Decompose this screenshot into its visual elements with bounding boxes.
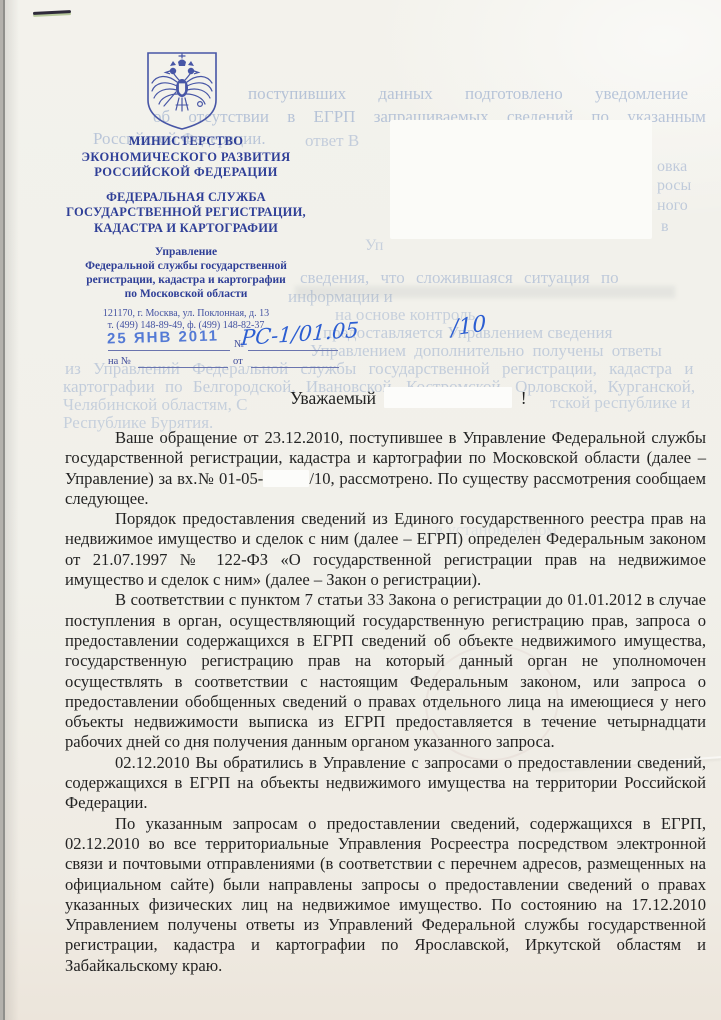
bleedthrough-line: ного [657,197,688,215]
bleedthrough-line: поступивших данных подготовлено уведомле… [248,84,688,104]
division-name: Управление Федеральной службы государств… [55,245,317,301]
paragraph-2: Порядок предоставления сведений из Едино… [65,509,706,590]
division-line: по Московской области [55,287,317,301]
paragraph-3: В соответствии с пунктом 7 статьи 33 Зак… [65,590,706,752]
redacted-name-box [384,387,512,408]
greeting: Уважаемый ! [290,387,527,409]
bleedthrough-line: Управлением дополнительно получены ответ… [310,341,662,361]
ministry-line: ЭКОНОМИЧЕСКОГО РАЗВИТИЯ [55,150,317,166]
white-patch [390,120,652,239]
greeting-exclamation: ! [521,388,527,408]
scan-smear [295,286,675,298]
date-stamp: 25 ЯНВ 2011 [107,328,219,348]
division-line: регистрации, кадастра и картографии [55,273,317,287]
incoming-ref-label: на № [108,356,131,367]
incoming-ref-underline [251,366,339,368]
incoming-ref-underline [138,366,228,368]
coat-of-arms-icon [143,48,221,134]
handwritten-ref-suffix: /10 [451,311,487,341]
number-underline [248,349,338,351]
ministry-name: МИНИСТЕРСТВО ЭКОНОМИЧЕСКОГО РАЗВИТИЯ РОС… [55,134,317,181]
paper: поступивших данных подготовлено уведомле… [5,0,721,1020]
letter-body: Ваше обращение от 23.12.2010, поступивше… [65,428,706,976]
division-line: Управление [55,245,317,259]
service-name: ФЕДЕРАЛЬНАЯ СЛУЖБА ГОСУДАРСТВЕННОЙ РЕГИС… [55,190,317,237]
ministry-line: МИНИСТЕРСТВО [55,134,317,150]
division-line: Федеральной службы государственной [55,259,317,273]
bleedthrough-line: овка [657,158,687,176]
paragraph-1: Ваше обращение от 23.12.2010, поступивше… [65,428,706,509]
incoming-ref-ot-label: от [233,356,243,367]
address-line: 121170, г. Москва, ул. Поклонная, д. 13 [55,308,317,320]
ministry-line: РОССИЙСКОЙ ФЕДЕРАЦИИ [55,165,317,181]
service-line: ФЕДЕРАЛЬНАЯ СЛУЖБА [55,190,317,206]
bleedthrough-line: тской республике и [550,393,690,413]
bleedthrough-line: в [661,218,669,236]
scanned-letter-page: поступивших данных подготовлено уведомле… [0,0,721,1020]
paragraph-5: По указанным запросам о предоставлении с… [65,814,706,976]
number-underline [108,349,230,351]
service-line: КАДАСТРА И КАРТОГРАФИИ [55,221,317,237]
paragraph-4: 02.12.2010 Вы обратились в Управление с … [65,753,706,814]
bleedthrough-line: Челябинской областям, С [63,395,247,415]
letterhead: МИНИСТЕРСТВО ЭКОНОМИЧЕСКОГО РАЗВИТИЯ РОС… [55,134,317,332]
bleedthrough-line: из Управлений Федеральной службы государ… [65,359,693,379]
pen-mark [33,10,71,15]
salutation-text: Уважаемый [290,388,376,408]
redacted-number-box [263,470,309,487]
bleedthrough-line: росы [657,177,691,195]
bleedthrough-line: Уп [365,237,383,255]
service-line: ГОСУДАРСТВЕННОЙ РЕГИСТРАЦИИ, [55,205,317,221]
bleedthrough-line: сведения, что сложившаяся ситуация по [300,268,619,288]
